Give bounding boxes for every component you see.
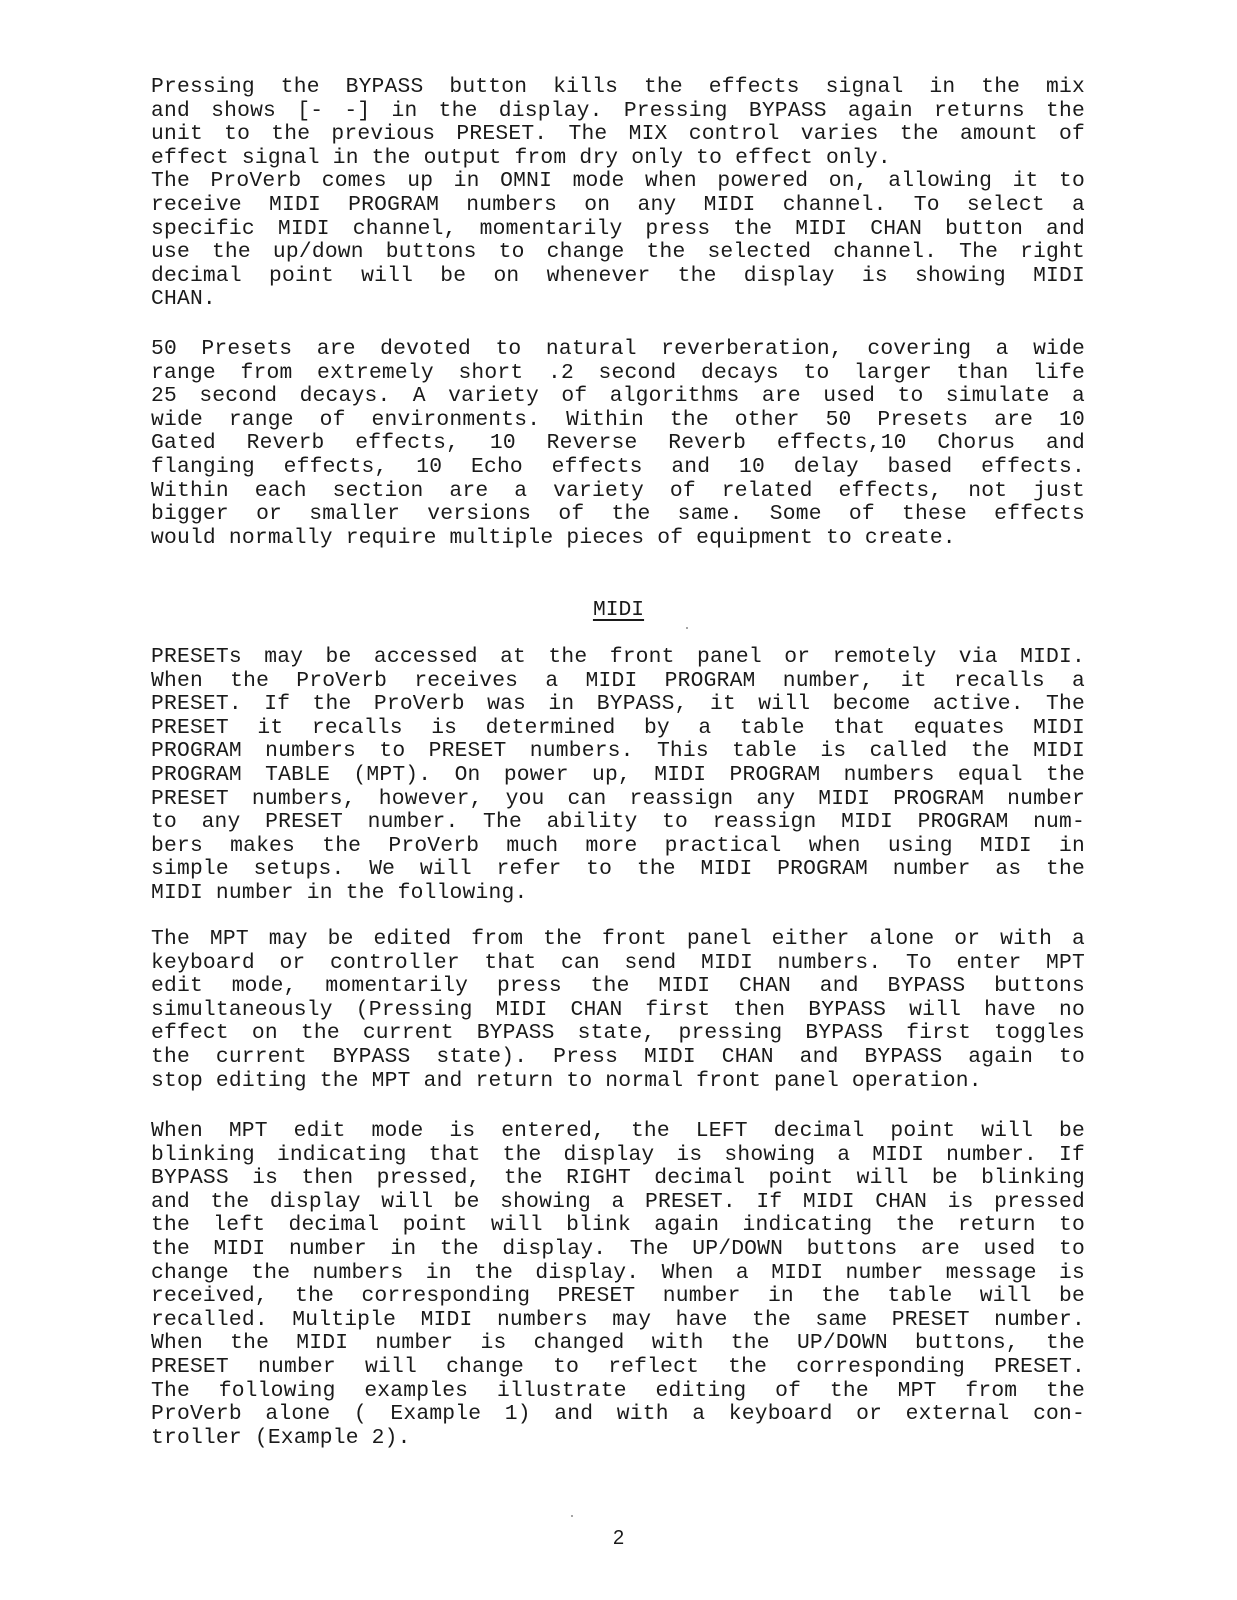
scan-speck <box>571 1515 573 1517</box>
text-line: change the numbers in the display. When … <box>151 1262 1085 1286</box>
text-line: the left decimal point will blink again … <box>151 1214 1085 1238</box>
text-line: PRESET number will change to reflect the… <box>151 1356 1085 1380</box>
text-line: and the display will be showing a PRESET… <box>151 1191 1085 1215</box>
text-line: The following examples illustrate editin… <box>151 1380 1085 1404</box>
text-line: the MIDI number in the display. The UP/D… <box>151 1238 1085 1262</box>
text-line: PRESET numbers, however, you can reassig… <box>151 788 1085 812</box>
text-line: When the ProVerb receives a MIDI PROGRAM… <box>151 670 1085 694</box>
text-line: use the up/down buttons to change the se… <box>151 241 1085 265</box>
section-heading-midi: MIDI <box>0 598 1237 622</box>
text-line: BYPASS is then pressed, the RIGHT decima… <box>151 1167 1085 1191</box>
text-line: received, the corresponding PRESET numbe… <box>151 1285 1085 1309</box>
text-line: PRESET. If the ProVerb was in BYPASS, it… <box>151 693 1085 717</box>
text-line: to any PRESET number. The ability to rea… <box>151 811 1085 835</box>
text-line: When the MIDI number is changed with the… <box>151 1332 1085 1356</box>
text-line: edit mode, momentarily press the MIDI CH… <box>151 975 1085 999</box>
text-line: wide range of environments. Within the o… <box>151 409 1085 433</box>
text-line: recalled. Multiple MIDI numbers may have… <box>151 1309 1085 1333</box>
paragraph-presets: 50 Presets are devoted to natural reverb… <box>151 338 1085 550</box>
text-line: keyboard or controller that can send MID… <box>151 952 1085 976</box>
text-line: PROGRAM TABLE (MPT). On power up, MIDI P… <box>151 764 1085 788</box>
text-line: MIDI number in the following. <box>151 882 1085 906</box>
text-line: ProVerb alone ( Example 1) and with a ke… <box>151 1403 1085 1427</box>
text-line: The MPT may be edited from the front pan… <box>151 928 1085 952</box>
text-line: blinking indicating that the display is … <box>151 1144 1085 1168</box>
paragraph-midi-intro: PRESETs may be accessed at the front pan… <box>151 646 1085 906</box>
text-line: effect signal in the output from dry onl… <box>151 147 1085 171</box>
text-line: Within each section are a variety of rel… <box>151 480 1085 504</box>
text-line: CHAN. <box>151 288 1085 312</box>
text-line: troller (Example 2). <box>151 1427 1085 1451</box>
text-line: When MPT edit mode is entered, the LEFT … <box>151 1120 1085 1144</box>
text-line: and shows [- -] in the display. Pressing… <box>151 100 1085 124</box>
document-page: Pressing the BYPASS button kills the eff… <box>0 0 1237 1600</box>
text-line: would normally require multiple pieces o… <box>151 527 1085 551</box>
scan-speck <box>686 627 688 629</box>
text-line: simultaneously (Pressing MIDI CHAN first… <box>151 999 1085 1023</box>
paragraph-mpt-edit: The MPT may be edited from the front pan… <box>151 928 1085 1093</box>
text-line: Pressing the BYPASS button kills the eff… <box>151 76 1085 100</box>
text-line: bigger or smaller versions of the same. … <box>151 503 1085 527</box>
text-line: 25 second decays. A variety of algorithm… <box>151 385 1085 409</box>
text-line: the current BYPASS state). Press MIDI CH… <box>151 1046 1085 1070</box>
text-line: receive MIDI PROGRAM numbers on any MIDI… <box>151 194 1085 218</box>
text-line: PROGRAM numbers to PRESET numbers. This … <box>151 740 1085 764</box>
text-line: specific MIDI channel, momentarily press… <box>151 218 1085 242</box>
section-heading-text: MIDI <box>593 598 644 622</box>
text-line: bers makes the ProVerb much more practic… <box>151 835 1085 859</box>
paragraph-bypass-and-omni: Pressing the BYPASS button kills the eff… <box>151 76 1085 312</box>
text-line: range from extremely short .2 second dec… <box>151 362 1085 386</box>
text-line: decimal point will be on whenever the di… <box>151 265 1085 289</box>
text-line: PRESETs may be accessed at the front pan… <box>151 646 1085 670</box>
paragraph-mpt-mode: When MPT edit mode is entered, the LEFT … <box>151 1120 1085 1450</box>
text-line: flanging effects, 10 Echo effects and 10… <box>151 456 1085 480</box>
text-line: unit to the previous PRESET. The MIX con… <box>151 123 1085 147</box>
text-line: PRESET it recalls is determined by a tab… <box>151 717 1085 741</box>
text-line: effect on the current BYPASS state, pres… <box>151 1022 1085 1046</box>
text-line: 50 Presets are devoted to natural reverb… <box>151 338 1085 362</box>
text-line: stop editing the MPT and return to norma… <box>151 1070 1085 1094</box>
text-line: Gated Reverb effects, 10 Reverse Reverb … <box>151 432 1085 456</box>
text-line: simple setups. We will refer to the MIDI… <box>151 858 1085 882</box>
text-line: The ProVerb comes up in OMNI mode when p… <box>151 170 1085 194</box>
page-number: 2 <box>0 1527 1237 1550</box>
